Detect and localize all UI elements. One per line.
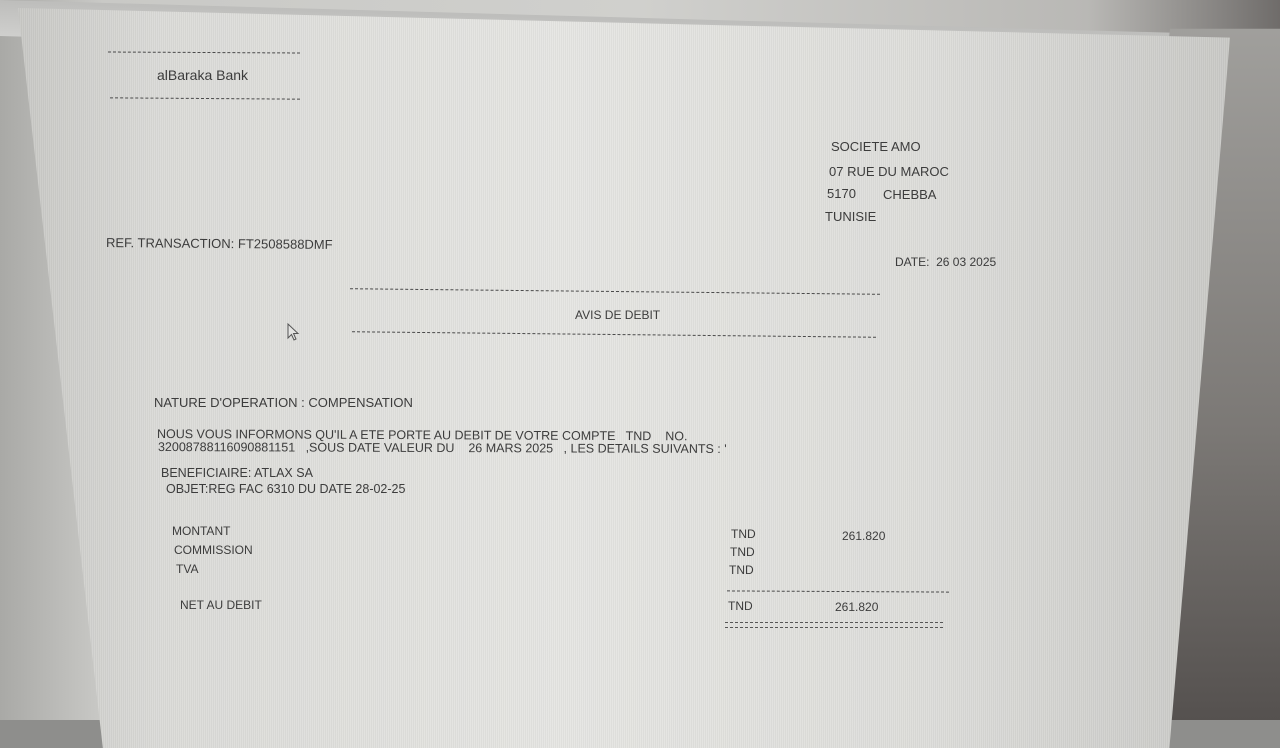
detail-currency-montant: TND (731, 527, 756, 541)
operation-nature: NATURE D'OPERATION : COMPENSATION (154, 395, 413, 410)
detail-label-montant: MONTANT (172, 524, 230, 538)
recipient-postal-code: 5170 (827, 186, 856, 201)
payment-object: OBJET:REG FAC 6310 DU DATE 28-02-25 (166, 482, 405, 496)
detail-label-tva: TVA (176, 562, 198, 576)
operation-value: COMPENSATION (308, 395, 413, 410)
account-number: 32008788116090881151 (158, 440, 295, 454)
document-title: AVIS DE DEBIT (575, 308, 660, 322)
recipient-street: 07 RUE DU MAROC (829, 164, 949, 179)
object-label: OBJET: (166, 482, 208, 496)
notice-line-2: 32008788116090881151 ,SOUS DATE VALEUR D… (158, 440, 727, 456)
detail-currency-tva: TND (729, 563, 754, 577)
subtotal-divider (727, 590, 949, 592)
operation-label: NATURE D'OPERATION : (154, 395, 305, 410)
detail-currency-commission: TND (730, 545, 755, 559)
bank-header-divider-bottom (110, 97, 300, 99)
detail-label-commission: COMMISSION (174, 543, 253, 557)
value-date-prefix: ,SOUS DATE VALEUR DU (306, 441, 455, 456)
mouse-pointer-icon (287, 323, 301, 343)
title-divider-top (350, 288, 880, 295)
debit-notice-document: alBaraka Bank SOCIETE AMO 07 RUE DU MARO… (0, 0, 1280, 720)
reference-value: FT2508588DMF (238, 236, 333, 252)
beneficiary-label: BENEFICIAIRE: (161, 466, 251, 480)
title-divider-bottom (352, 331, 876, 337)
document-date: DATE: 26 03 2025 (895, 255, 996, 269)
recipient-country: TUNISIE (825, 209, 876, 224)
value-date: 26 MARS 2025 (468, 441, 553, 455)
bank-name: alBaraka Bank (157, 67, 248, 83)
recipient-company: SOCIETE AMO (831, 139, 921, 154)
date-label: DATE: (895, 255, 929, 269)
transaction-reference: REF. TRANSACTION: FT2508588DMF (106, 235, 333, 252)
object-value: REG FAC 6310 DU DATE 28-02-25 (208, 482, 405, 496)
net-debit-label: NET AU DEBIT (180, 598, 262, 612)
recipient-city: CHEBBA (883, 187, 936, 202)
beneficiary-value: ATLAX SA (254, 466, 313, 480)
net-debit-amount: 261.820 (835, 600, 878, 614)
reference-label: REF. TRANSACTION: (106, 235, 234, 251)
detail-amount-montant: 261.820 (842, 529, 885, 543)
date-value: 26 03 2025 (936, 255, 996, 269)
total-double-underline (725, 622, 943, 628)
bank-header-divider-top (108, 51, 300, 53)
details-intro: , LES DETAILS SUIVANTS : ' (564, 441, 727, 456)
beneficiary: BENEFICIAIRE: ATLAX SA (161, 466, 313, 480)
net-debit-currency: TND (728, 599, 753, 613)
